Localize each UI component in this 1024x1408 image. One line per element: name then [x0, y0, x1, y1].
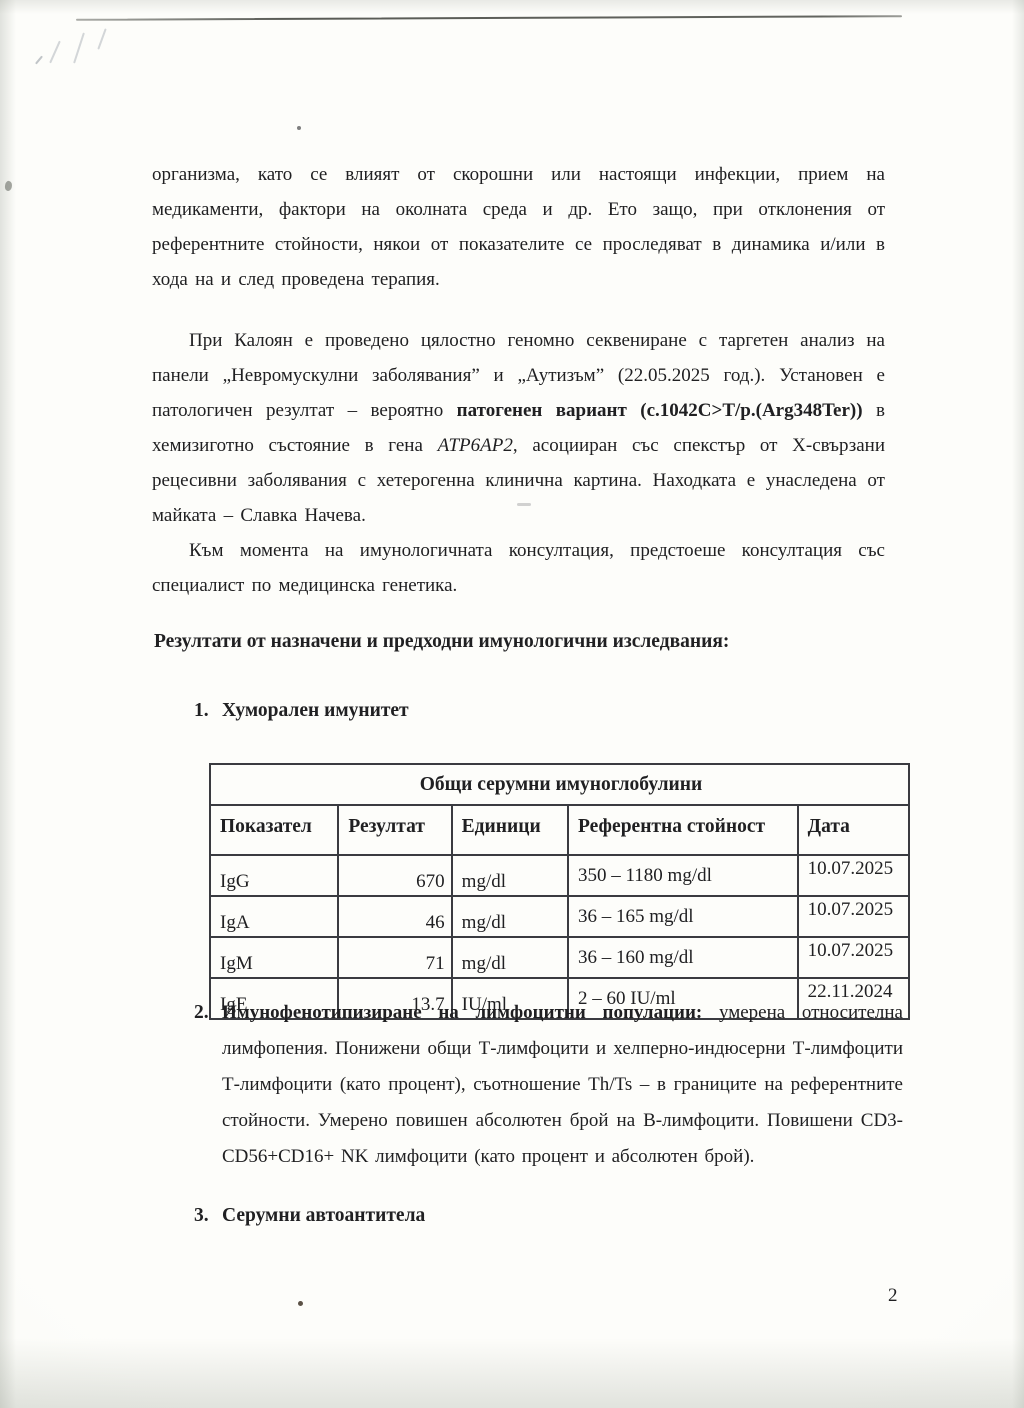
scan-speck: [297, 126, 301, 130]
column-header-indicator: Показател: [210, 805, 338, 855]
cell-reference: 36 – 165 mg/dl: [568, 896, 798, 937]
scan-artifact-line: [76, 15, 902, 21]
immunophenotyping-text: Имунофенотипизиране на лимфоцитни попула…: [222, 995, 903, 1175]
cell-indicator: IgM: [210, 937, 338, 978]
table-row: IgM 71 mg/dl 36 – 160 mg/dl 10.07.2025: [210, 937, 909, 978]
cell-date: 10.07.2025: [798, 896, 909, 937]
section-heading-results: Резултати от назначени и предходни имуно…: [154, 624, 894, 659]
cell-result: 71: [338, 937, 451, 978]
paragraph-intro: организма, като се влияят от скорошни ил…: [152, 157, 885, 297]
cell-indicator: IgA: [210, 896, 338, 937]
table-title-row: Общи серумни имуноглобулини: [210, 764, 909, 805]
list-title: Хуморален имунитет: [222, 700, 409, 721]
cell-date: 10.07.2025: [798, 855, 909, 896]
immunophenotyping-title: Имунофенотипизиране на лимфоцитни попула…: [222, 1002, 702, 1023]
cell-result: 46: [338, 896, 451, 937]
column-header-result: Резултат: [338, 805, 451, 855]
table-row: IgG 670 mg/dl 350 – 1180 mg/dl 10.07.202…: [210, 855, 909, 896]
column-header-reference: Референтна стойност: [568, 805, 798, 855]
gene-name: ATP6AP2: [438, 435, 513, 456]
list-item-immunophenotyping: 2. Имунофенотипизиране на лимфоцитни поп…: [194, 995, 903, 1175]
pathogenic-variant-text: патогенен вариант (c.1042C>T/p.(Arg348Te…: [457, 400, 863, 421]
scan-edge-shadow-bottom: [0, 1338, 1024, 1408]
table-header-row: Показател Резултат Единици Референтна ст…: [210, 805, 909, 855]
paragraph-genetic-findings: При Калоян е проведено цялостно геномно …: [152, 323, 885, 533]
scan-edge-shadow-right: [1012, 0, 1024, 1408]
column-header-date: Дата: [798, 805, 909, 855]
scan-edge-shadow-left: [0, 0, 16, 1408]
immunoglobulins-table: Общи серумни имуноглобулини Показател Ре…: [209, 763, 910, 1020]
column-header-units: Единици: [452, 805, 568, 855]
scan-speck: [298, 1301, 303, 1306]
cell-result: 670: [338, 855, 451, 896]
list-title: Серумни автоантитела: [222, 1205, 425, 1226]
scan-edge-shadow-top: [0, 0, 1024, 14]
cell-units: mg/dl: [452, 855, 568, 896]
cell-reference: 350 – 1180 mg/dl: [568, 855, 798, 896]
scanned-document-page: организма, като се влияят от скорошни ил…: [0, 0, 1024, 1408]
list-item-humoral-immunity: 1.Хуморален имунитет: [194, 693, 409, 728]
table-row: IgA 46 mg/dl 36 – 165 mg/dl 10.07.2025: [210, 896, 909, 937]
list-item-serum-autoantibodies: 3.Серумни автоантитела: [194, 1198, 425, 1233]
table-title: Общи серумни имуноглобулини: [210, 764, 909, 805]
list-number: 3.: [194, 1198, 222, 1233]
list-number: 1.: [194, 693, 222, 728]
cell-units: mg/dl: [452, 937, 568, 978]
cell-date: 10.07.2025: [798, 937, 909, 978]
cell-indicator: IgG: [210, 855, 338, 896]
page-number: 2: [888, 1285, 898, 1307]
cell-units: mg/dl: [452, 896, 568, 937]
cell-reference: 36 – 160 mg/dl: [568, 937, 798, 978]
list-number: 2.: [194, 995, 209, 1031]
immunophenotyping-body: умерена относителна лимфопения. Понижени…: [222, 1002, 903, 1167]
paragraph-consultation: Към момента на имунологичната консултаци…: [152, 533, 885, 603]
